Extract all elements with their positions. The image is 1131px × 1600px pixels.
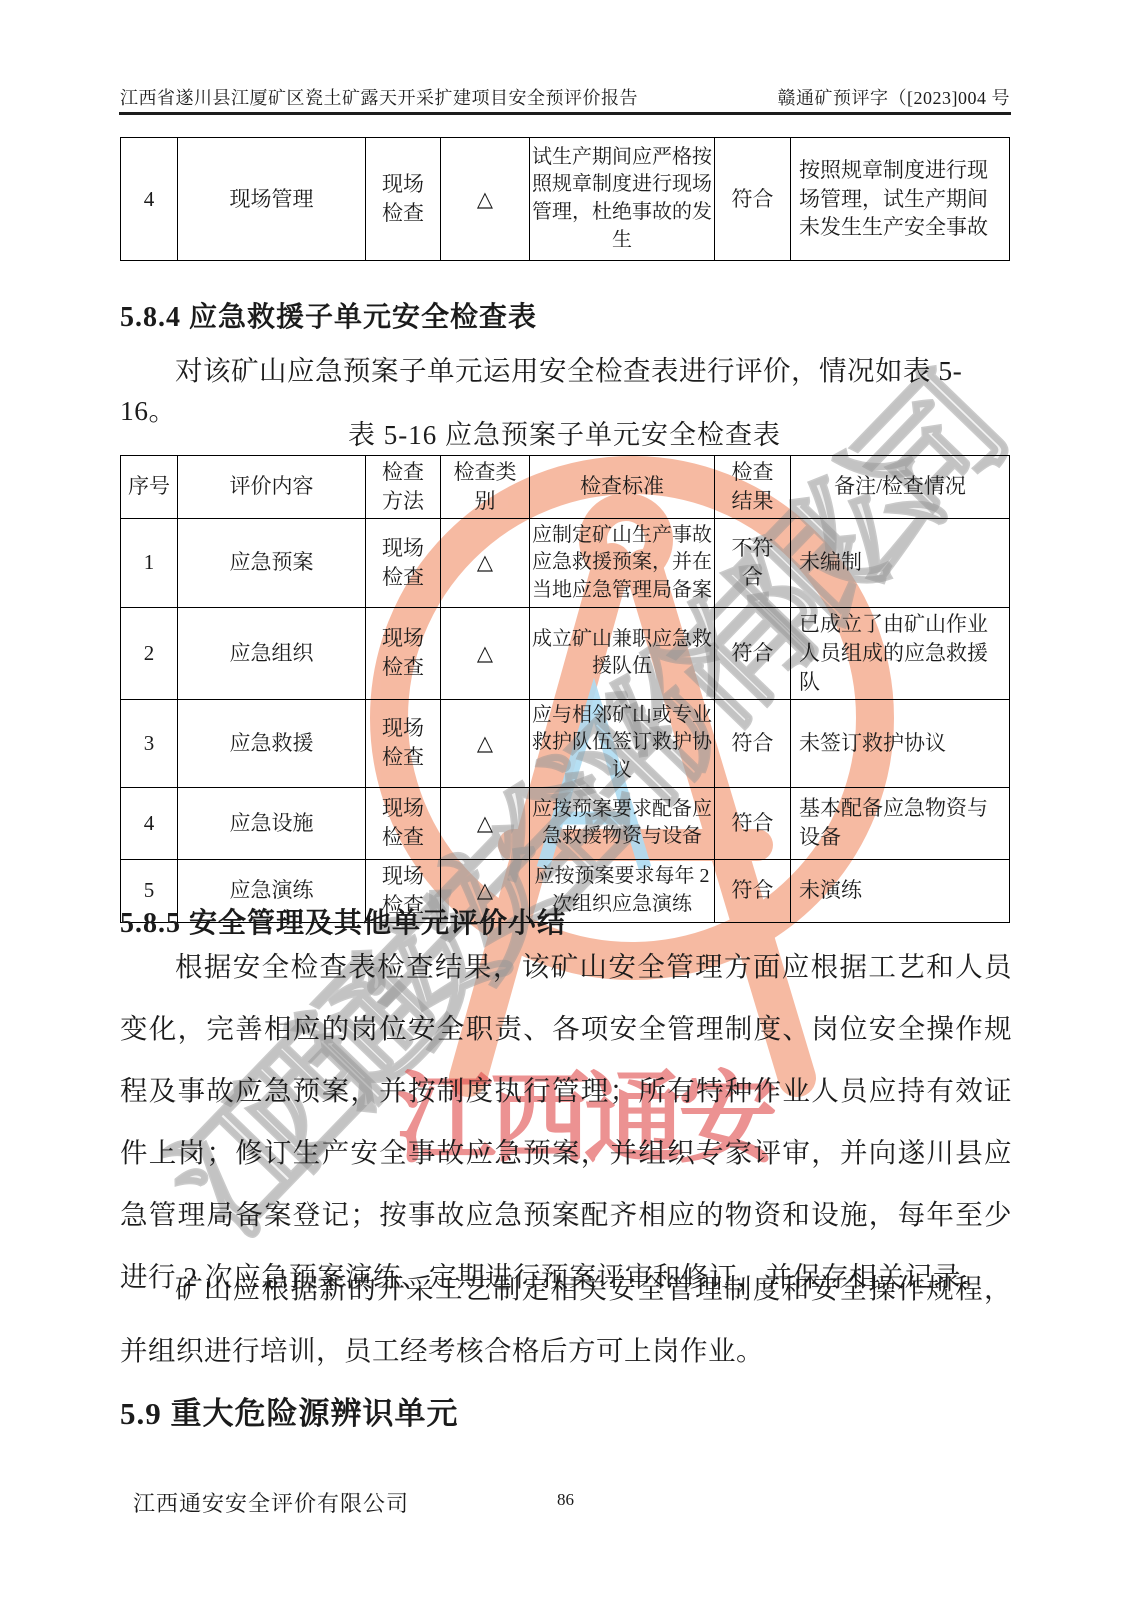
cell-standard: 应按预案要求配备应急救援物资与设备: [530, 787, 715, 859]
cell-method-text: 现场检查: [379, 170, 426, 228]
table-row: 1 应急预案 现场检查 △ 应制定矿山生产事故应急救援预案，并在当地应急管理局备…: [121, 518, 1010, 607]
cell-category: △: [441, 699, 530, 787]
cell-remark: 未演练: [791, 859, 1010, 922]
cell-remark: 已成立了由矿山作业人员组成的应急救援队: [791, 607, 1010, 699]
header-method-text: 检查方法: [379, 458, 426, 516]
cell-method: 现场检查: [366, 138, 441, 261]
cell-result: 符合: [715, 859, 791, 922]
cell-standard: 试生产期间应严格按照规章制度进行现场管理，杜绝事故的发生: [530, 138, 715, 261]
table-5-16: 序号 评价内容 检查方法 检查类别 检查标准 检查结果 备注/检查情况 1 应急…: [120, 455, 1010, 923]
cell-no: 4: [121, 787, 178, 859]
cell-method-text: 现场检查: [379, 794, 426, 852]
cell-result-text: 符合: [732, 639, 774, 668]
section-heading-5-8-5: 5.8.5 安全管理及其他单元评价小结: [120, 901, 566, 941]
table-row: 2 应急组织 现场检查 △ 成立矿山兼职应急救援队伍 符合 已成立了由矿山作业人…: [121, 607, 1010, 699]
cell-content: 应急设施: [178, 787, 366, 859]
table-5-16-title: 表 5-16 应急预案子单元安全检查表: [120, 413, 1009, 452]
header-method: 检查方法: [366, 456, 441, 519]
cell-method: 现场检查: [366, 518, 441, 607]
header-result-text: 检查结果: [729, 458, 776, 516]
cell-remark: 未签订救护协议: [791, 699, 1010, 787]
header-no: 序号: [121, 456, 178, 519]
cell-result-text: 不符合: [729, 534, 776, 592]
header-remark: 备注/检查情况: [791, 456, 1010, 519]
cell-no: 1: [121, 518, 178, 607]
cell-result: 符合: [715, 787, 791, 859]
table-row: 4 应急设施 现场检查 △ 应按预案要求配备应急救援物资与设备 符合 基本配备应…: [121, 787, 1010, 859]
cell-category: △: [441, 138, 530, 261]
cell-method: 现场检查: [366, 699, 441, 787]
report-title-header: 江西省遂川县江厦矿区瓷土矿露天开采扩建项目安全预评价报告: [120, 84, 638, 110]
cell-method: 现场检查: [366, 787, 441, 859]
continued-checklist-table: 4 现场管理 现场检查 △ 试生产期间应严格按照规章制度进行现场管理，杜绝事故的…: [120, 137, 1010, 261]
page-header: 江西省遂川县江厦矿区瓷土矿露天开采扩建项目安全预评价报告 赣通矿预评字（[202…: [120, 84, 1010, 110]
header-standard: 检查标准: [530, 456, 715, 519]
section-heading-5-8-4: 5.8.4 应急救援子单元安全检查表: [120, 295, 537, 335]
cell-result-text: 符合: [732, 185, 774, 214]
cell-method: 现场检查: [366, 607, 441, 699]
table-header-row: 序号 评价内容 检查方法 检查类别 检查标准 检查结果 备注/检查情况: [121, 456, 1010, 519]
cell-no: 3: [121, 699, 178, 787]
cell-result: 符合: [715, 138, 791, 261]
cell-result-text: 符合: [732, 876, 774, 905]
footer-page-number: 86: [0, 1490, 1131, 1510]
cell-category: △: [441, 787, 530, 859]
table-row: 3 应急救援 现场检查 △ 应与相邻矿山或专业救护队伍签订救护协议 符合 未签订…: [121, 699, 1010, 787]
cell-remark: 基本配备应急物资与设备: [791, 787, 1010, 859]
cell-result: 符合: [715, 699, 791, 787]
cell-no: 4: [121, 138, 178, 261]
header-divider-rule: [119, 112, 1011, 115]
cell-result-text: 符合: [732, 809, 774, 838]
cell-content: 应急救援: [178, 699, 366, 787]
cell-result-text: 符合: [732, 729, 774, 758]
section-heading-5-9: 5.9 重大危险源辨识单元: [120, 1388, 459, 1433]
header-category: 检查类别: [441, 456, 530, 519]
cell-method-text: 现场检查: [379, 714, 426, 772]
cell-content: 应急预案: [178, 518, 366, 607]
cell-result: 不符合: [715, 518, 791, 607]
cell-standard: 应制定矿山生产事故应急救援预案，并在当地应急管理局备案: [530, 518, 715, 607]
cell-remark: 按照规章制度进行现场管理，试生产期间未发生生产安全事故: [791, 138, 1010, 261]
cell-standard: 应与相邻矿山或专业救护队伍签订救护协议: [530, 699, 715, 787]
cell-category: △: [441, 518, 530, 607]
cell-no: 2: [121, 607, 178, 699]
section-5-8-5-paragraph-2: 矿山应根据新的开采工艺制定相关安全管理制度和安全操作规程，并组织进行培训，员工经…: [120, 1258, 1012, 1382]
section-5-8-5-paragraph-1: 根据安全检查表检查结果，该矿山安全管理方面应根据工艺和人员变化，完善相应的岗位安…: [120, 936, 1012, 1308]
report-page: 江西省遂川县江厦矿区瓷土矿露天开采扩建项目安全预评价报告 赣通矿预评字（[202…: [0, 0, 1131, 1600]
cell-category: △: [441, 607, 530, 699]
document-number-header: 赣通矿预评字（[2023]004 号: [778, 84, 1011, 110]
cell-result: 符合: [715, 607, 791, 699]
header-content: 评价内容: [178, 456, 366, 519]
cell-content: 现场管理: [178, 138, 366, 261]
cell-method-text: 现场检查: [379, 534, 426, 592]
cell-standard: 成立矿山兼职应急救援队伍: [530, 607, 715, 699]
header-result: 检查结果: [715, 456, 791, 519]
cell-method-text: 现场检查: [379, 624, 426, 682]
cell-content: 应急组织: [178, 607, 366, 699]
cell-remark: 未编制: [791, 518, 1010, 607]
table-row: 4 现场管理 现场检查 △ 试生产期间应严格按照规章制度进行现场管理，杜绝事故的…: [121, 138, 1010, 261]
